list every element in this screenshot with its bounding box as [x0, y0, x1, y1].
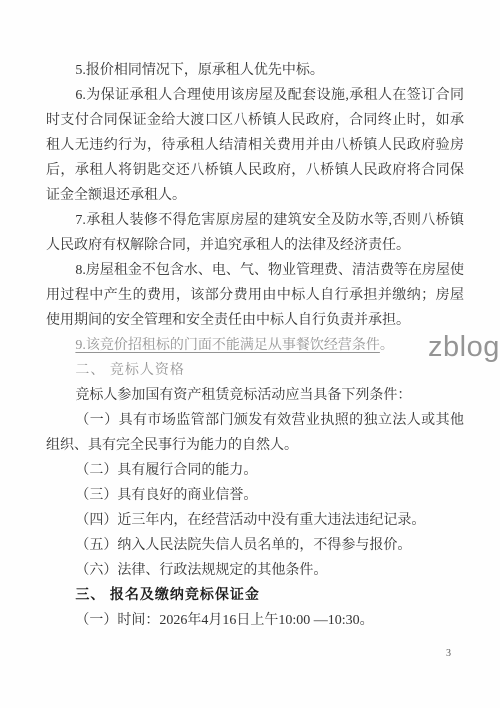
- paragraph: 三、 报名及缴纳竞标保证金: [46, 583, 464, 608]
- paragraph: （五）纳入人民法院失信人员名单的，不得参与报价。: [46, 533, 464, 558]
- paragraph-text: （六）法律、行政法规规定的其他条件。: [75, 563, 327, 578]
- paragraph: （四）近三年内，在经营活动中没有重大违法违纪记录。: [46, 508, 464, 533]
- paragraph-text: （四）近三年内，在经营活动中没有重大违法违纪记录。: [75, 513, 425, 528]
- paragraph: 7.承租人装修不得危害原房屋的建筑安全及防水等,否则八桥镇人民政府有权解除合同，…: [46, 208, 464, 258]
- paragraph-text: 7.承租人装修不得危害原房屋的建筑安全及防水等,否则八桥镇人民政府有权解除合同，…: [46, 213, 464, 253]
- paragraph: （六）法律、行政法规规定的其他条件。: [46, 558, 464, 583]
- paragraph-text: 8.房屋租金不包含水、电、气、物业管理费、清洁费等在房屋使用过程中产生的费用，该…: [46, 263, 464, 328]
- paragraph: 二、 竞标人资格: [46, 358, 464, 383]
- paragraph-text: （五）纳入人民法院失信人员名单的，不得参与报价。: [75, 538, 411, 553]
- paragraph-text: 二、 竞标人资格: [75, 363, 185, 378]
- paragraph-text: 竞标人参加国有资产租赁竞标活动应当具备下列条件：: [75, 388, 411, 403]
- paragraph: 5.报价相同情况下，原承租人优先中标。: [46, 58, 464, 83]
- paragraph-text: （三）具有良好的商业信誉。: [75, 488, 257, 503]
- paragraph: 8.房屋租金不包含水、电、气、物业管理费、清洁费等在房屋使用过程中产生的费用，该…: [46, 258, 464, 333]
- paragraph: 9.该竞价招租标的门面不能满足从事餐饮经营条件。: [46, 333, 464, 358]
- paragraph: 6.为保证承租人合理使用该房屋及配套设施,承租人在签订合同时支付合同保证金给大渡…: [46, 83, 464, 208]
- page-number: 3: [446, 648, 451, 660]
- document-body: 5.报价相同情况下，原承租人优先中标。6.为保证承租人合理使用该房屋及配套设施,…: [46, 58, 464, 633]
- paragraph: （三）具有良好的商业信誉。: [46, 483, 464, 508]
- paragraph-text: 5.报价相同情况下，原承租人优先中标。: [75, 63, 324, 78]
- paragraph: （二）具有履行合同的能力。: [46, 458, 464, 483]
- paragraph-text: 三、 报名及缴纳竞标保证金: [75, 588, 260, 603]
- watermark: zblog: [428, 330, 500, 364]
- paragraph: （一）具有市场监管部门颁发有效营业执照的独立法人或其他组织、具有完全民事行为能力…: [46, 408, 464, 458]
- paragraph-text: （一）具有市场监管部门颁发有效营业执照的独立法人或其他组织、具有完全民事行为能力…: [46, 413, 464, 453]
- paragraph-text: （一）时间：2026年4月16日上午10:00 —10:30。: [75, 613, 373, 628]
- paragraph-text: （二）具有履行合同的能力。: [75, 463, 257, 478]
- paragraph: 竞标人参加国有资产租赁竞标活动应当具备下列条件：: [46, 383, 464, 408]
- paragraph-text: 6.为保证承租人合理使用该房屋及配套设施,承租人在签订合同时支付合同保证金给大渡…: [46, 88, 464, 203]
- document-page: 5.报价相同情况下，原承租人优先中标。6.为保证承租人合理使用该房屋及配套设施,…: [0, 0, 500, 708]
- paragraph: （一）时间：2026年4月16日上午10:00 —10:30。: [46, 608, 464, 633]
- paragraph-text: 9.该竞价招租标的门面不能满足从事餐饮经营条件: [75, 338, 380, 353]
- paragraph-suffix: 。: [380, 338, 394, 353]
